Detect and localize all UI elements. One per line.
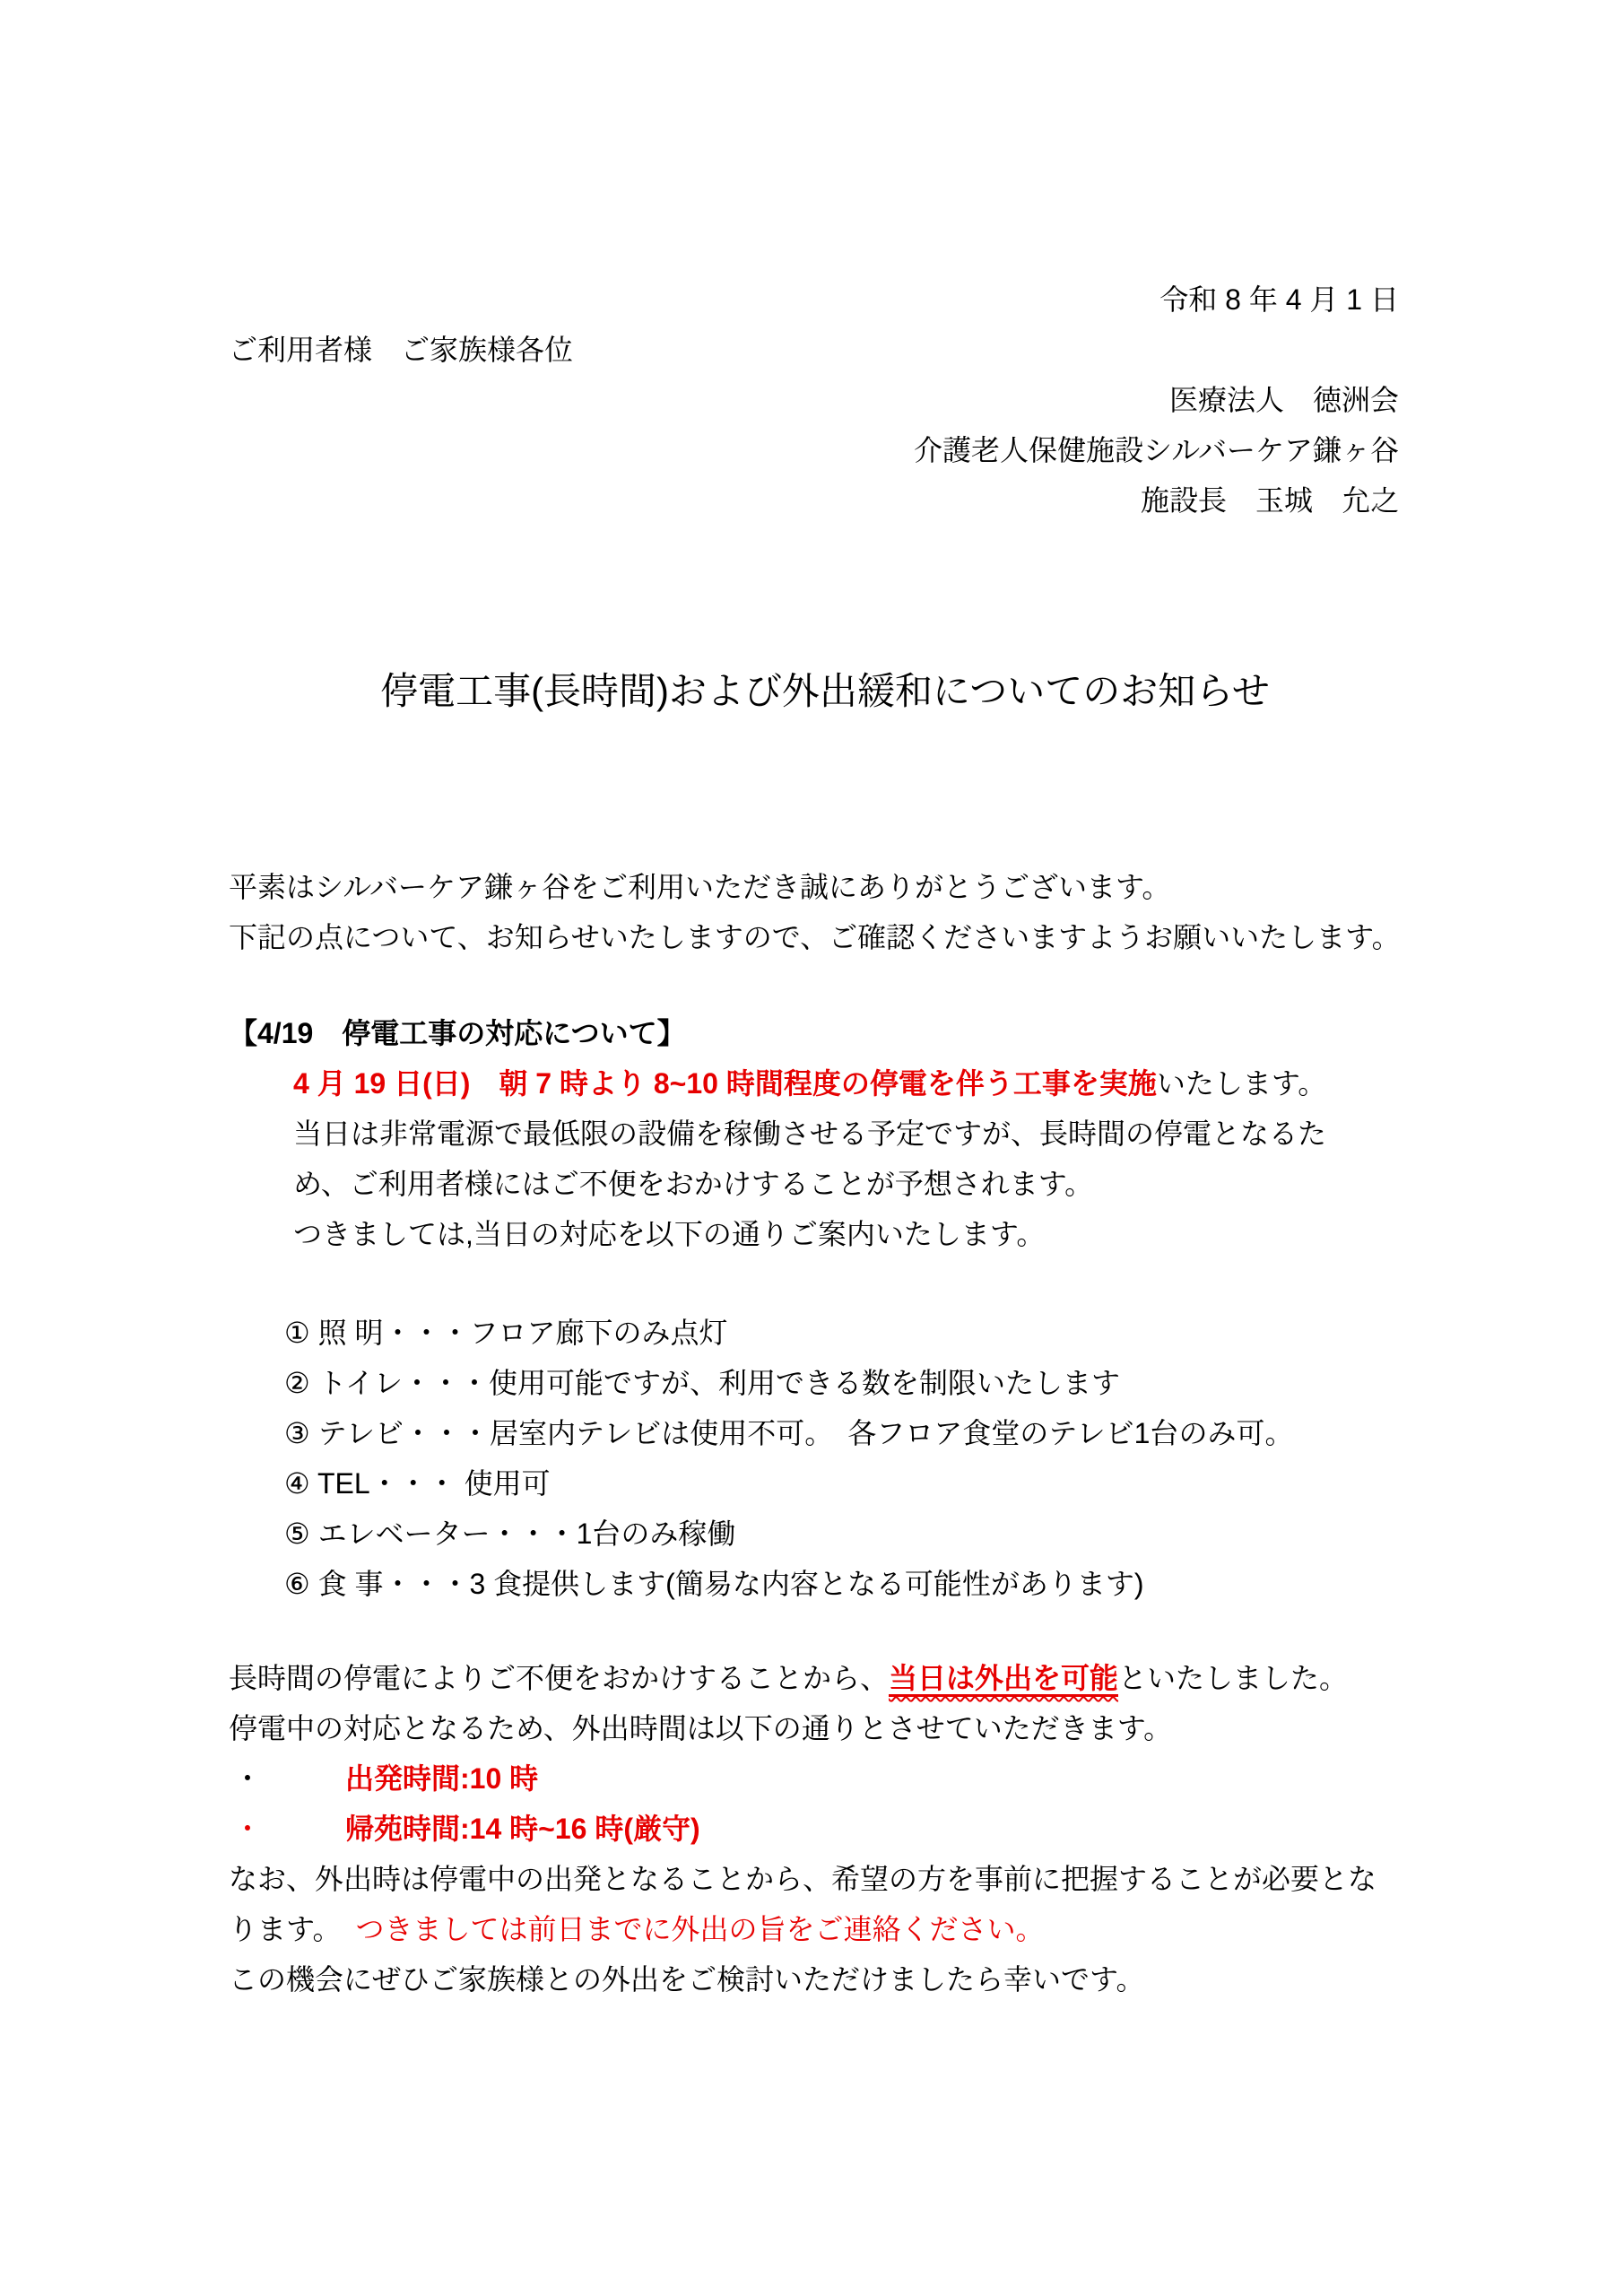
outing-line4-black: ります。 [229,1913,355,1945]
list-item-toilet: ② トイレ・・・使用可能ですが、利用できる数を制限いたします [284,1358,1484,1408]
bullet-dot-red: ・ [233,1804,345,1854]
bullet-dot-black: ・ [233,1753,345,1804]
sender-facility: 介護老人保健施設シルバーケア鎌ヶ谷 [229,425,1484,475]
outage-section-heading: 【4/19 停電工事の対応について】 [229,1008,1484,1058]
outage-body-line-4: つきましては,当日の対応を以下の通りご案内いたします。 [293,1209,1484,1259]
outing-allowed-highlight: 当日は外出を可能 [889,1662,1118,1697]
sender-director: 施設長 玉城 允之 [229,475,1484,526]
outage-body-line-2: 当日は非常電源で最低限の設備を稼働させる予定ですが、長時間の停電となるた [293,1109,1484,1159]
outage-section-body: 4 月 19 日(日) 朝 7 時より 8~10 時間程度の停電を伴う工事を実施… [293,1058,1484,1259]
list-item-meals: ⑥ 食 事・・・3 食提供します(簡易な内容となる可能性があります) [284,1559,1484,1609]
outage-body-line-3: め、ご利用者様にはご不便をおかけすることが予想されます。 [293,1159,1484,1209]
notice-document-page: 令和 8 年 4 月 1 日 ご利用者様 ご家族様各位 医療法人 徳洲会 介護老… [0,0,1624,2296]
departure-time-text: 出発時間:10 時 [345,1753,538,1804]
list-item-lighting: ① 照 明・・・フロア廊下のみ点灯 [284,1308,1484,1358]
outage-lead-black-text: いたします。 [1157,1067,1326,1100]
outing-line-2: 停電中の対応となるため、外出時間は以下の通りとさせていただきます。 [229,1703,1484,1753]
outage-lead-line: 4 月 19 日(日) 朝 7 時より 8~10 時間程度の停電を伴う工事を実施… [293,1058,1484,1109]
sender-organization: 医療法人 徳洲会 [229,375,1484,425]
return-time-row: ・帰苑時間:14 時~16 時(厳守) [233,1804,1484,1854]
outing-line-3: なお、外出時は停電中の出発となることから、希望の方を事前に把握することが必要とな [229,1854,1484,1904]
outing-line-5: この機会にぜひご家族様との外出をご検討いただけましたら幸いです。 [229,1954,1484,2005]
outing-line1-black-tail: といたしました。 [1118,1662,1348,1694]
outing-section: 長時間の停電によりご不便をおかけすることから、当日は外出を可能といたしました。 … [229,1653,1484,2005]
document-date: 令和 8 年 4 月 1 日 [229,274,1484,325]
outing-line1-black-lead: 長時間の停電によりご不便をおかけすることから、 [229,1662,889,1694]
list-item-tv: ③ テレビ・・・居室内テレビは使用不可。 各フロア食堂のテレビ1台のみ可。 [284,1408,1484,1458]
list-item-elevator: ⑤ エレベーター・・・1台のみ稼働 [284,1509,1484,1559]
advance-notice-red-text: つきましては前日までに外出の旨をご連絡ください。 [355,1913,1044,1945]
greeting-line-2: 下記の点について、お知らせいたしますので、ご確認くださいますようお願いいたします… [229,912,1484,962]
document-title: 停電工事(長時間)および外出緩和についてのお知らせ [229,665,1421,718]
outing-line-1: 長時間の停電によりご不便をおかけすることから、当日は外出を可能といたしました。 [229,1653,1484,1703]
sender-block: 医療法人 徳洲会 介護老人保健施設シルバーケア鎌ヶ谷 施設長 玉城 允之 [229,375,1484,526]
greeting-paragraph: 平素はシルバーケア鎌ヶ谷をご利用いただき誠にありがとうございます。 下記の点につ… [229,862,1484,962]
return-time-text: 帰苑時間:14 時~16 時(厳守) [345,1804,700,1854]
recipient-line: ご利用者様 ご家族様各位 [229,325,1484,375]
outage-measures-list: ① 照 明・・・フロア廊下のみ点灯 ② トイレ・・・使用可能ですが、利用できる数… [284,1308,1484,1609]
greeting-line-1: 平素はシルバーケア鎌ヶ谷をご利用いただき誠にありがとうございます。 [229,862,1484,912]
outage-lead-red-text: 4 月 19 日(日) 朝 7 時より 8~10 時間程度の停電を伴う工事を実施 [293,1067,1157,1100]
outing-line-4: ります。 つきましては前日までに外出の旨をご連絡ください。 [229,1904,1484,1954]
list-item-tel: ④ TEL・・・ 使用可 [284,1458,1484,1509]
departure-time-row: ・出発時間:10 時 [233,1753,1484,1804]
